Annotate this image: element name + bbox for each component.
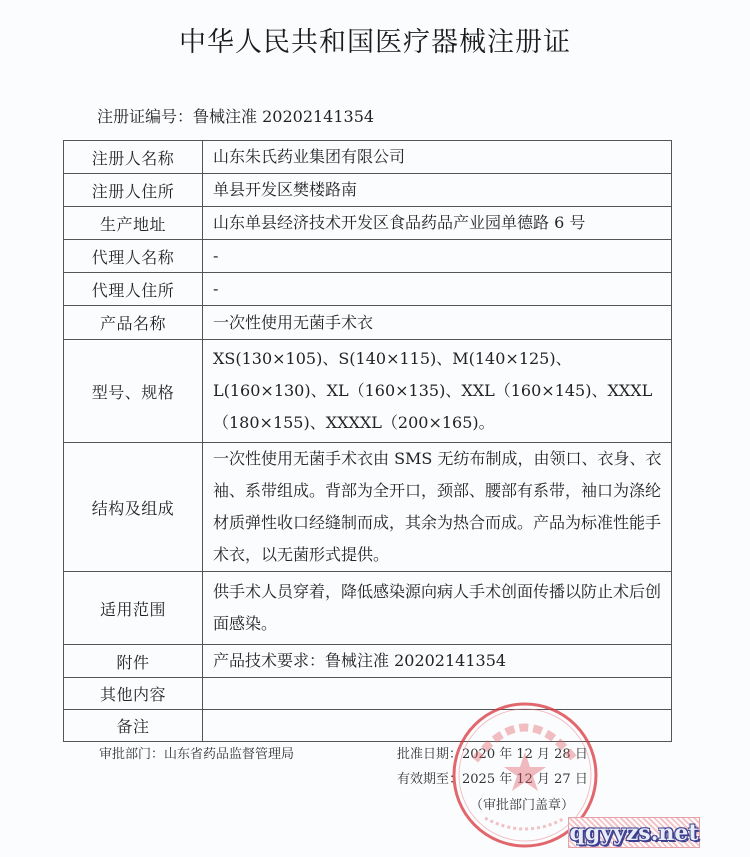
row-label: 产品名称: [64, 306, 203, 340]
row-label: 代理人名称: [64, 240, 203, 273]
row-value: 单县开发区樊楼路南: [203, 174, 672, 207]
row-value: -: [203, 240, 672, 273]
row-value: 供手术人员穿着，降低感染源向病人手术创面传播以防止术后创面感染。: [203, 572, 672, 645]
site-watermark: qgyyzs.net: [568, 817, 700, 848]
certificate-number-line: 注册证编号：鲁械注准 20202141354: [97, 104, 374, 127]
table-row: 注册人住所 单县开发区樊楼路南: [64, 174, 672, 207]
table-row: 代理人住所 -: [64, 273, 672, 306]
table-row: 代理人名称 -: [64, 240, 672, 273]
valid-until-date: 有效期至：2025 年 12 月 27 日: [397, 768, 588, 787]
row-label: 注册人名称: [64, 141, 203, 174]
table-row: 生产地址 山东单县经济技术开发区食品药品产业园单德路 6 号: [64, 207, 672, 240]
row-value: 一次性使用无菌手术衣: [203, 306, 672, 340]
table-row: 结构及组成 一次性使用无菌手术衣由 SMS 无纺布制成，由领口、衣身、衣袖、系带…: [64, 443, 672, 572]
row-value: [203, 678, 672, 710]
row-value: 一次性使用无菌手术衣由 SMS 无纺布制成，由领口、衣身、衣袖、系带组成。背部为…: [203, 443, 672, 572]
table-row: 注册人名称 山东朱氏药业集团有限公司: [64, 141, 672, 174]
row-value: -: [203, 273, 672, 306]
table-row: 产品名称 一次性使用无菌手术衣: [64, 306, 672, 340]
row-label: 结构及组成: [64, 443, 203, 572]
approval-department: 审批部门：山东省药品监督管理局: [99, 743, 294, 762]
row-value: [203, 710, 672, 742]
table-row: 备注: [64, 710, 672, 742]
table-row: 其他内容: [64, 678, 672, 710]
row-value: 产品技术要求：鲁械注准 20202141354: [203, 645, 672, 678]
certificate-title: 中华人民共和国医疗器械注册证: [0, 20, 750, 59]
row-value: 山东朱氏药业集团有限公司: [203, 141, 672, 174]
row-label: 注册人住所: [64, 174, 203, 207]
approval-date: 批准日期：2020 年 12 月 28 日: [397, 743, 588, 762]
row-label: 备注: [64, 710, 203, 742]
row-label: 代理人住所: [64, 273, 203, 306]
row-label: 其他内容: [64, 678, 203, 710]
row-label: 附件: [64, 645, 203, 678]
row-label: 适用范围: [64, 572, 203, 645]
row-label: 生产地址: [64, 207, 203, 240]
seal-note: （审批部门盖章）: [470, 794, 574, 813]
row-value: XS(130×105)、S(140×115)、M(140×125)、L(160×…: [203, 340, 672, 443]
registration-table: 注册人名称 山东朱氏药业集团有限公司 注册人住所 单县开发区樊楼路南 生产地址 …: [63, 140, 672, 742]
table-row: 适用范围 供手术人员穿着，降低感染源向病人手术创面传播以防止术后创面感染。: [64, 572, 672, 645]
row-label: 型号、规格: [64, 340, 203, 443]
table-row: 型号、规格 XS(130×105)、S(140×115)、M(140×125)、…: [64, 340, 672, 443]
row-value: 山东单县经济技术开发区食品药品产业园单德路 6 号: [203, 207, 672, 240]
certificate-number-label: 注册证编号：: [97, 107, 193, 126]
certificate-number: 鲁械注准 20202141354: [193, 107, 374, 126]
table-row: 附件 产品技术要求：鲁械注准 20202141354: [64, 645, 672, 678]
